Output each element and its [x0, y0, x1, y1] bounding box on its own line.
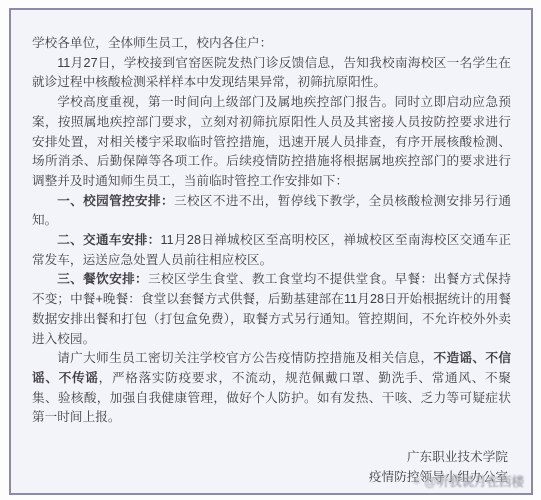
paragraph: 11月27日，学校接到官窑医院发热门诊反馈信息，告知我校南海校区一名学生在就诊过… — [32, 54, 511, 93]
watermark-logo-icon: ✳ — [412, 475, 421, 488]
paragraph: 二、交通车安排：11月28日禅城校区至高明校区，禅城校区至南海校区交通车正常发车… — [32, 231, 511, 270]
screenshot-root: { "colors": { "page_bg": "#fdfdfd", "pan… — [0, 0, 541, 500]
watermark: ✳ @听我说月在西楼 — [412, 472, 524, 490]
paragraph-bold-text: 二、交通车安排： — [57, 233, 160, 247]
paragraph-text: 请广大师生员工密切关注学校官方公告疫情防控措施及相关信息， — [57, 351, 433, 365]
paragraph-bold-text: 一、校园管控安排： — [57, 194, 174, 208]
paragraph-text: 学校高度重视，第一时间向上级部门及属地疾控部门报告。同时立即启动应急预案，按照属… — [32, 95, 511, 188]
paragraph-text: 11月27日，学校接到官窑医院发热门诊反馈信息，告知我校南海校区一名学生在就诊过… — [32, 56, 511, 90]
paragraph: 请广大师生员工密切关注学校官方公告疫情防控措施及相关信息，不造谣、不信谣、不传谣… — [32, 349, 511, 428]
paragraph-bold-text: 三、餐饮安排： — [57, 272, 148, 286]
notice-panel: 学校各单位，全体师生员工，校内各住户： 11月27日，学校接到官窑医院发热门诊反… — [9, 8, 533, 495]
paragraph-text: ，严格落实防疫要求，不流动，规范佩戴口罩、勤洗手、常通风、不聚集、验核酸，加强自… — [32, 371, 511, 424]
paragraph: 三、餐饮安排：三校区学生食堂、教工食堂均不提供堂食。早餐：出餐方式保持不变；中餐… — [32, 270, 511, 349]
paragraph: 一、校园管控安排：三校区不进不出，暂停线下教学，全员核酸检测安排另行通知。 — [32, 192, 511, 231]
watermark-text: @听我说月在西楼 — [424, 472, 524, 490]
document-body: 学校各单位，全体师生员工，校内各住户： 11月27日，学校接到官窑医院发热门诊反… — [32, 34, 511, 487]
salutation: 学校各单位，全体师生员工，校内各住户： — [32, 34, 511, 54]
signature-org: 广东职业技术学院 — [32, 448, 508, 468]
document-paragraphs: 11月27日，学校接到官窑医院发热门诊反馈信息，告知我校南海校区一名学生在就诊过… — [32, 54, 511, 428]
paragraph: 学校高度重视，第一时间向上级部门及属地疾控部门报告。同时立即启动应急预案，按照属… — [32, 93, 511, 192]
